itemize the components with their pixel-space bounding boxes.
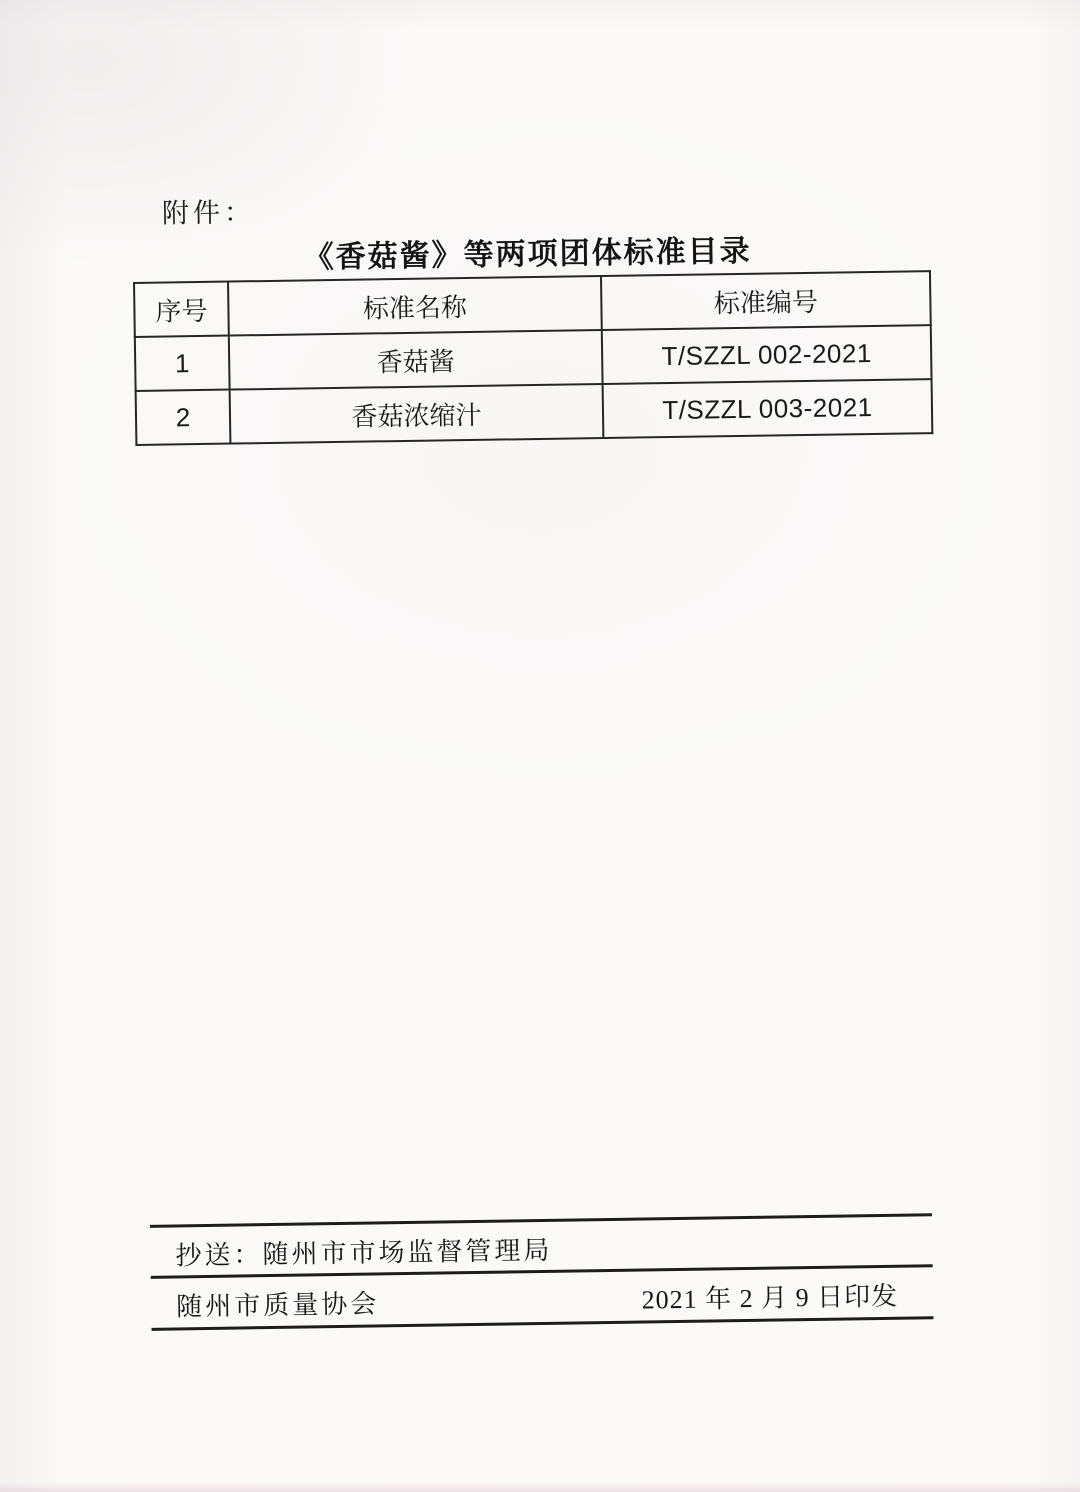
- standards-table: 序号 标准名称 标准编号 1 香菇酱 T/SZZL 002-2021 2 香菇浓…: [133, 270, 933, 446]
- scanned-document-page: 附件： 《香菇酱》等两项团体标准目录 序号 标准名称 标准编号 1 香菇酱 T/…: [0, 0, 1080, 1492]
- issuer-name: 随州市质量协会: [176, 1283, 380, 1323]
- standard-name-cell: 香菇酱: [229, 330, 603, 390]
- standard-code-cell: T/SZZL 002-2021: [602, 325, 932, 384]
- standard-code-cell: T/SZZL 003-2021: [603, 379, 933, 438]
- issue-row: 随州市质量协会 2021 年 2 月 9 日印发: [176, 1276, 898, 1324]
- issue-date: 2021 年 2 月 9 日印发: [641, 1276, 898, 1317]
- row-serial-number: 1: [135, 336, 230, 391]
- cc-line: 抄送：随州市市场监督管理局: [175, 1230, 553, 1273]
- standard-name-cell: 香菇浓缩汁: [230, 384, 604, 444]
- header-standard-name: 标准名称: [228, 276, 602, 336]
- row-serial-number: 2: [136, 390, 231, 445]
- attachment-label: 附件：: [162, 190, 256, 230]
- table-row: 2 香菇浓缩汁 T/SZZL 003-2021: [136, 379, 933, 445]
- header-standard-code: 标准编号: [601, 271, 931, 330]
- document-title: 《香菇酱》等两项团体标准目录: [132, 223, 923, 279]
- header-serial-number: 序号: [134, 282, 229, 337]
- separator-line-top: [150, 1213, 932, 1228]
